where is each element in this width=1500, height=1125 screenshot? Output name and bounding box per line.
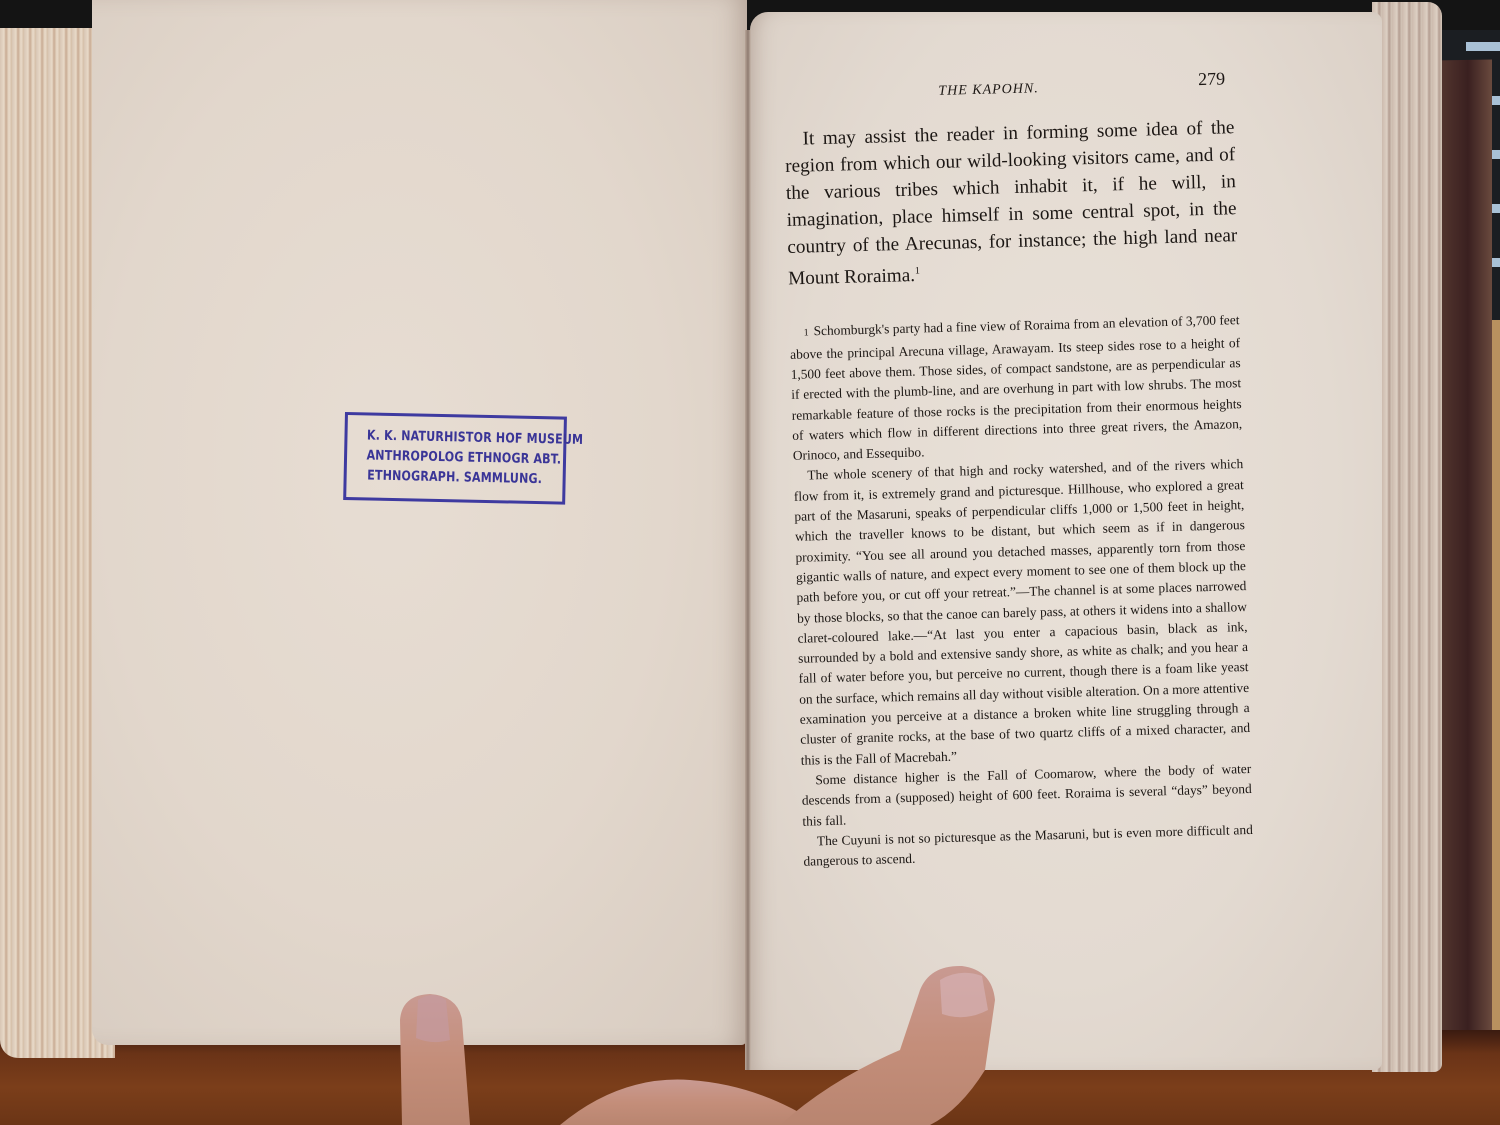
hand-fingers <box>0 0 1500 1125</box>
photo-scene: K. K. NATURHISTOR HOF MUSEUM ANTHROPOLOG… <box>0 0 1500 1125</box>
palm <box>560 1080 820 1125</box>
fingernail <box>940 973 988 1017</box>
thumbnail <box>416 995 450 1042</box>
